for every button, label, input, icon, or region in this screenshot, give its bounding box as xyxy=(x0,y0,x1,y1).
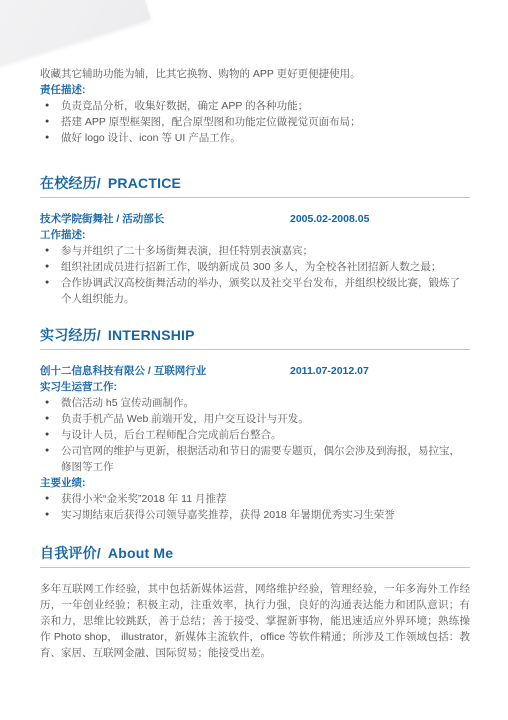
bullet-item: 与设计人员，后台工程师配合完成前后台整合。 xyxy=(40,427,470,443)
section-about-title-zh: 自我评价/ xyxy=(40,545,101,561)
internship-bullet-list: 微信活动 h5 宣传动画制作。负责手机产品 Web 前端开发，用户交互设计与开发… xyxy=(40,395,470,475)
about-paragraph: 多年互联网工作经验，其中包括新媒体运营，网络维护经验，管理经验，一年多海外工作经… xyxy=(40,581,470,661)
bullet-item: 做好 logo 设计、icon 等 UI 产品工作。 xyxy=(40,130,470,146)
bullet-item: 负责手机产品 Web 前端开发，用户交互设计与开发。 xyxy=(40,411,470,427)
section-about-rule xyxy=(40,567,470,568)
bullet-item: 公司官网的维护与更新，根据活动和节日的需要专题页，偶尔会涉及到海报，易拉宝，修图… xyxy=(40,443,470,475)
internship-entry-org: 创十二信息科技有限公 / 互联网行业 xyxy=(40,365,206,377)
section-internship-title-zh: 实习经历/ xyxy=(40,327,101,343)
section-practice: 在校经历/PRACTICE 技术学院街舞社 / 活动部长 2005.02-200… xyxy=(40,175,470,307)
internship-entry-head: 创十二信息科技有限公 / 互联网行业 2011.07-2012.07 xyxy=(40,363,470,379)
section-internship-rule xyxy=(40,349,470,350)
responsibility-bullet-list: 负责竞品分析，收集好数据，确定 APP 的各种功能；搭建 APP 原型框架图，配… xyxy=(40,98,470,146)
bullet-item: 实习期结束后获得公司领导嘉奖推荐，获得 2018 年暑期优秀实习生荣誉 xyxy=(40,507,470,523)
bullet-item: 参与并组织了二十多场街舞表演，担任特别表演嘉宾； xyxy=(40,243,470,259)
section-about: 自我评价/About Me 多年互联网工作经验，其中包括新媒体运营，网络维护经验… xyxy=(40,545,470,661)
internship-entry-label: 实习生运营工作: xyxy=(40,379,470,395)
practice-entry-date: 2005.02-2008.05 xyxy=(290,211,369,227)
bullet-item: 合作协调武汉高校街舞活动的举办，颁奖以及社交平台发布，并组织校级比赛，锻炼了个人… xyxy=(40,275,470,307)
section-internship-title-en: INTERNSHIP xyxy=(108,327,195,343)
section-practice-title-zh: 在校经历/ xyxy=(40,175,101,191)
bullet-item: 搭建 APP 原型框架图，配合原型图和功能定位做视觉页面布局； xyxy=(40,114,470,130)
internship-entry-date: 2011.07-2012.07 xyxy=(290,363,369,379)
section-internship: 实习经历/INTERNSHIP 创十二信息科技有限公 / 互联网行业 2011.… xyxy=(40,327,470,523)
resume-content: 收藏其它辅助功能为辅，比其它换物、购物的 APP 更好更便捷使用。 责任描述: … xyxy=(40,66,470,661)
summary-tail-text: 收藏其它辅助功能为辅，比其它换物、购物的 APP 更好更便捷使用。 xyxy=(40,66,470,82)
section-about-title: 自我评价/About Me xyxy=(40,545,470,561)
internship-achievements-label: 主要业绩: xyxy=(40,475,470,491)
practice-entry-org: 技术学院街舞社 / 活动部长 xyxy=(40,213,164,225)
section-practice-rule xyxy=(40,197,470,198)
section-practice-title: 在校经历/PRACTICE xyxy=(40,175,470,191)
practice-entry-head: 技术学院街舞社 / 活动部长 2005.02-2008.05 xyxy=(40,211,470,227)
resume-page: 收藏其它辅助功能为辅，比其它换物、购物的 APP 更好更便捷使用。 责任描述: … xyxy=(0,0,508,720)
bullet-item: 微信活动 h5 宣传动画制作。 xyxy=(40,395,470,411)
practice-entry-label: 工作描述: xyxy=(40,227,470,243)
section-practice-title-en: PRACTICE xyxy=(108,175,181,191)
section-about-title-en: About Me xyxy=(108,545,173,561)
practice-bullet-list: 参与并组织了二十多场街舞表演，担任特别表演嘉宾；组织社团成员进行招新工作，吸纳新… xyxy=(40,243,470,307)
internship-achievements-list: 获得小米“金米奖”2018 年 11 月推荐实习期结束后获得公司领导嘉奖推荐，获… xyxy=(40,491,470,523)
bullet-item: 获得小米“金米奖”2018 年 11 月推荐 xyxy=(40,491,470,507)
section-internship-title: 实习经历/INTERNSHIP xyxy=(40,327,470,343)
responsibility-label: 责任描述: xyxy=(40,82,470,98)
bullet-item: 组织社团成员进行招新工作，吸纳新成员 300 多人，为全校各社团招新人数之最； xyxy=(40,259,470,275)
bullet-item: 负责竞品分析，收集好数据，确定 APP 的各种功能； xyxy=(40,98,470,114)
